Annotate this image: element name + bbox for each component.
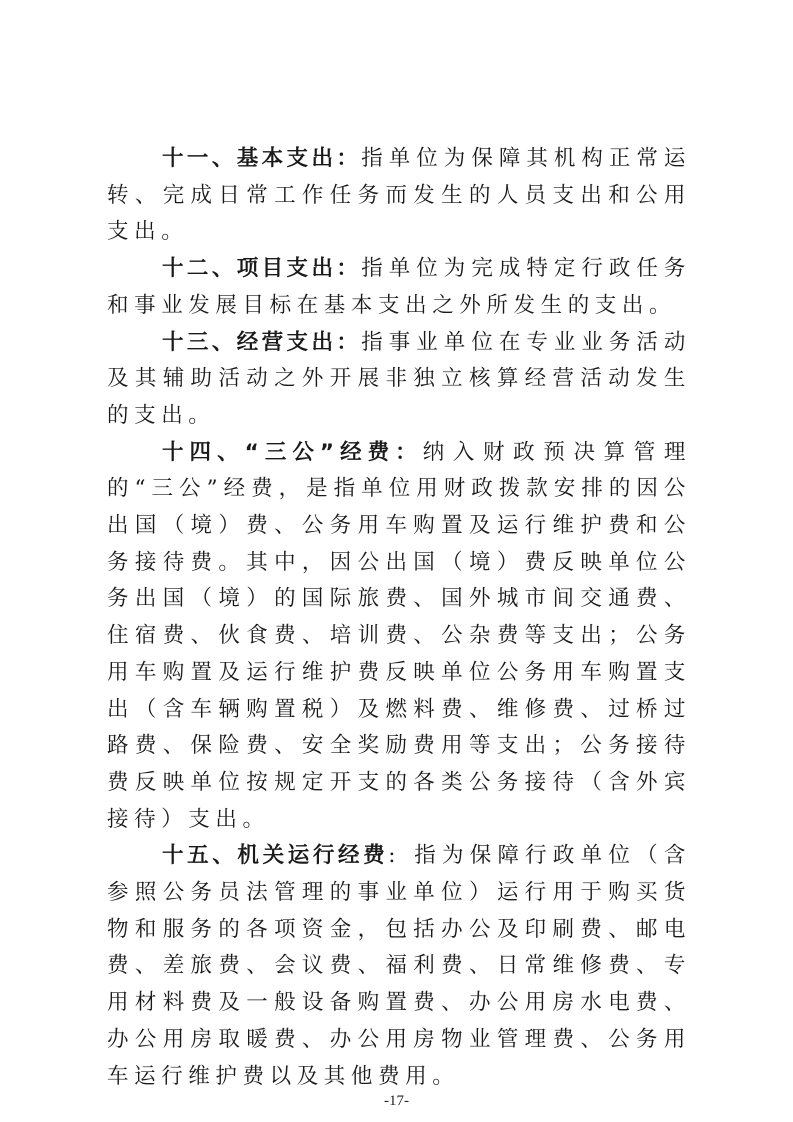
- term-heading: 十一、基本支出：: [162, 146, 361, 171]
- term-definition: 纳入财政预决算管理的“三公”经费，是指单位用财政拨款安排的因公出国（境）费、公务…: [107, 440, 691, 832]
- page-number: -17-: [0, 1093, 793, 1110]
- document-page: 十一、基本支出：指单位为保障其机构正常运转、完成日常工作任务而发生的人员支出和公…: [107, 141, 691, 1095]
- term-heading: 十五、机关运行经费: [162, 843, 388, 868]
- paragraph-basic-expenditure: 十一、基本支出：指单位为保障其机构正常运转、完成日常工作任务而发生的人员支出和公…: [107, 141, 691, 251]
- paragraph-project-expenditure: 十二、项目支出：指单位为完成特定行政任务和事业发展目标在基本支出之外所发生的支出…: [107, 251, 691, 324]
- paragraph-three-public-expenses: 十四、“三公”经费：纳入财政预决算管理的“三公”经费，是指单位用财政拨款安排的因…: [107, 435, 691, 839]
- term-heading: 十三、经营支出：: [162, 330, 361, 355]
- paragraph-agency-operating-funds: 十五、机关运行经费: 指为保障行政单位（含参照公务员法管理的事业单位）运行用于购…: [107, 838, 691, 1095]
- term-heading: 十四、“三公”经费：: [162, 440, 423, 465]
- term-definition: : 指为保障行政单位（含参照公务员法管理的事业单位）运行用于购买货物和服务的各项…: [107, 843, 691, 1088]
- paragraph-operating-expenditure: 十三、经营支出：指事业单位在专业业务活动及其辅助活动之外开展非独立核算经营活动发…: [107, 325, 691, 435]
- term-heading: 十二、项目支出：: [162, 256, 361, 281]
